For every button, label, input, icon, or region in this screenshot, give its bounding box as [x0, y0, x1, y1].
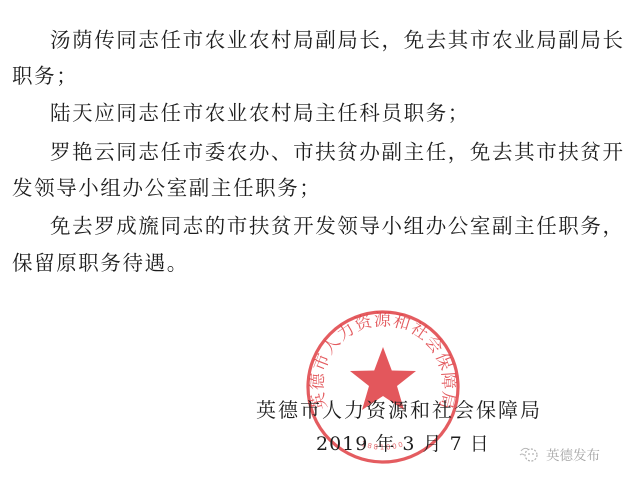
paragraph-1-line-1: 汤荫传同志任市农业农村局副局长，免去其市农业局副局长 [50, 27, 625, 53]
paragraph-3-line-2: 发领导小组办公室副主任职务； [12, 175, 321, 201]
paragraph-4-line-1: 免去罗成旒同志的市扶贫开发领导小组办公室副主任职务， [50, 213, 625, 239]
watermark: 英德发布 [518, 444, 600, 464]
paragraph-3-line-1: 罗艳云同志任市委农办、市扶贫办副主任，免去其市扶贫开 [50, 139, 625, 165]
signature-organization: 英德市人力资源和社会保障局 [256, 397, 542, 423]
signature-date: 2019 年 3 月 7 日 [316, 431, 490, 457]
paragraph-4-line-2: 保留原职务待遇。 [12, 250, 189, 276]
paragraph-1-line-2: 职务； [12, 63, 78, 89]
wechat-channel-icon [518, 445, 540, 463]
watermark-label: 英德发布 [546, 444, 600, 464]
paragraph-2-line-1: 陆天应同志任市农业农村局主任科员职务； [50, 100, 470, 126]
